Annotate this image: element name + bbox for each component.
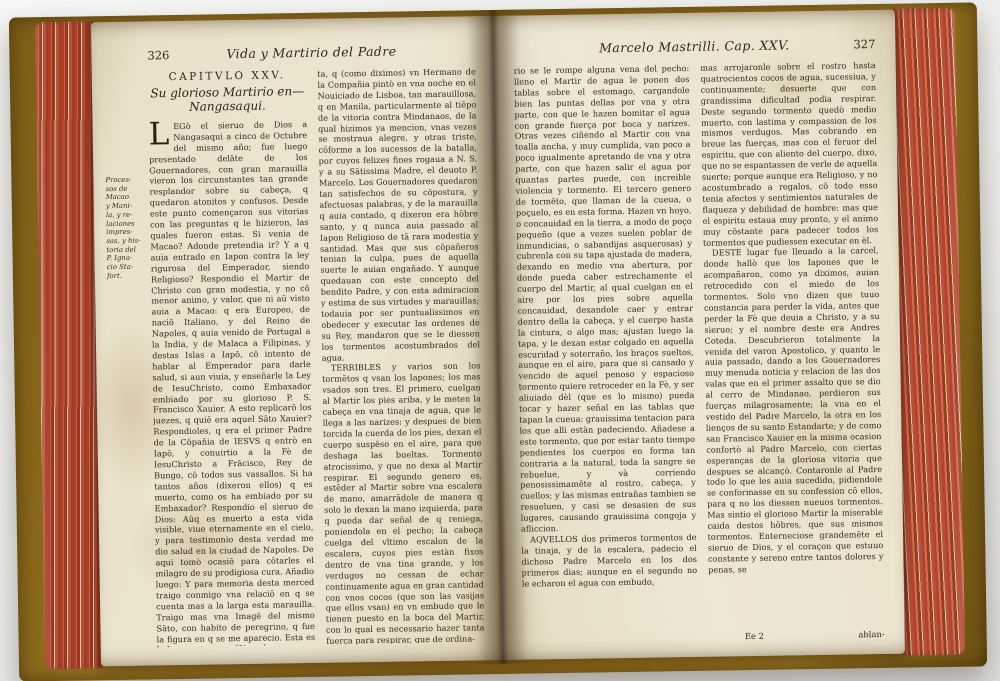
running-header: Marcelo Mastrilli. Cap. XXV. [557, 37, 831, 56]
body-paragraph: mas arrojaronle sobre el rostro hasta qu… [700, 60, 878, 248]
column-1: CAPITVLO XXV. Su glorioso Martirio en— N… [148, 69, 316, 647]
running-header: Vida y Martirio del Padre [191, 43, 431, 62]
page-327-content: Marcelo Mastrilli. Cap. XXV. 327 rio se … [513, 36, 884, 642]
body-paragraph: TERRIBLES y varios son los tormētos q vs… [322, 361, 485, 645]
header-spacer [513, 53, 557, 54]
paragraph-text: EGò el sieruo de Dios a Nangasaqui a cin… [149, 119, 315, 648]
catchword: ablan- [858, 629, 884, 639]
page-number: 326 [147, 48, 191, 63]
column-1: rio se le rompe alguna vena del pecho: l… [514, 63, 699, 642]
page-number: 327 [831, 37, 875, 52]
page-327: Marcelo Mastrilli. Cap. XXV. 327 rio se … [493, 10, 905, 660]
gathering-signature: Ee 2 [711, 631, 764, 642]
book-photo-backdrop: Proces- sos de Macao y Mani- la, y re- l… [0, 0, 1000, 681]
page-326-content: 326 Vida y Martirio del Padre CAPITVLO X… [147, 42, 484, 647]
chapter-heading: CAPITVLO XXV. [148, 70, 307, 83]
body-paragraph: AQVELLOS dos primeros tormentos de la ti… [521, 532, 697, 589]
header-spacer [431, 54, 475, 55]
open-book: Proces- sos de Macao y Mani- la, y re- l… [9, 2, 987, 681]
page-326: Proces- sos de Macao y Mani- la, y re- l… [91, 16, 503, 666]
drop-cap: L [148, 121, 173, 147]
margin-note: Proces- sos de Macao y Mani- la, y re- l… [105, 175, 149, 280]
column-2: ta, q (como diximos) vn Hermano de la Co… [317, 66, 485, 644]
body-paragraph: rio se le rompe alguna vena del pecho: l… [514, 63, 697, 535]
running-header-row: 326 Vida y Martirio del Padre [147, 42, 475, 62]
margin-note-line: fort. [107, 271, 149, 280]
signature-row: Ee 2 ablan- [711, 629, 885, 642]
body-paragraph: DESTE lugar fue lleuado a la carcel, don… [703, 245, 884, 575]
column-2: mas arrojaronle sobre el rostro hasta qu… [700, 60, 885, 639]
text-columns: CAPITVLO XXV. Su glorioso Martirio en— N… [148, 66, 485, 647]
page-spread: Proces- sos de Macao y Mani- la, y re- l… [91, 10, 905, 667]
running-header-row: Marcelo Mastrilli. Cap. XXV. 327 [513, 36, 875, 57]
chapter-subtitle: Su glorioso Martirio en— [148, 84, 307, 101]
body-paragraph: ta, q (como diximos) vn Hermano de la Co… [317, 66, 480, 363]
chapter-subtitle: Nangasaqui. [148, 98, 307, 115]
body-paragraph: LEGò el sieruo de Dios a Nangasaqui a ci… [148, 119, 315, 648]
fore-edge-right [893, 8, 965, 656]
text-columns: rio se le rompe alguna vena del pecho: l… [514, 60, 885, 642]
